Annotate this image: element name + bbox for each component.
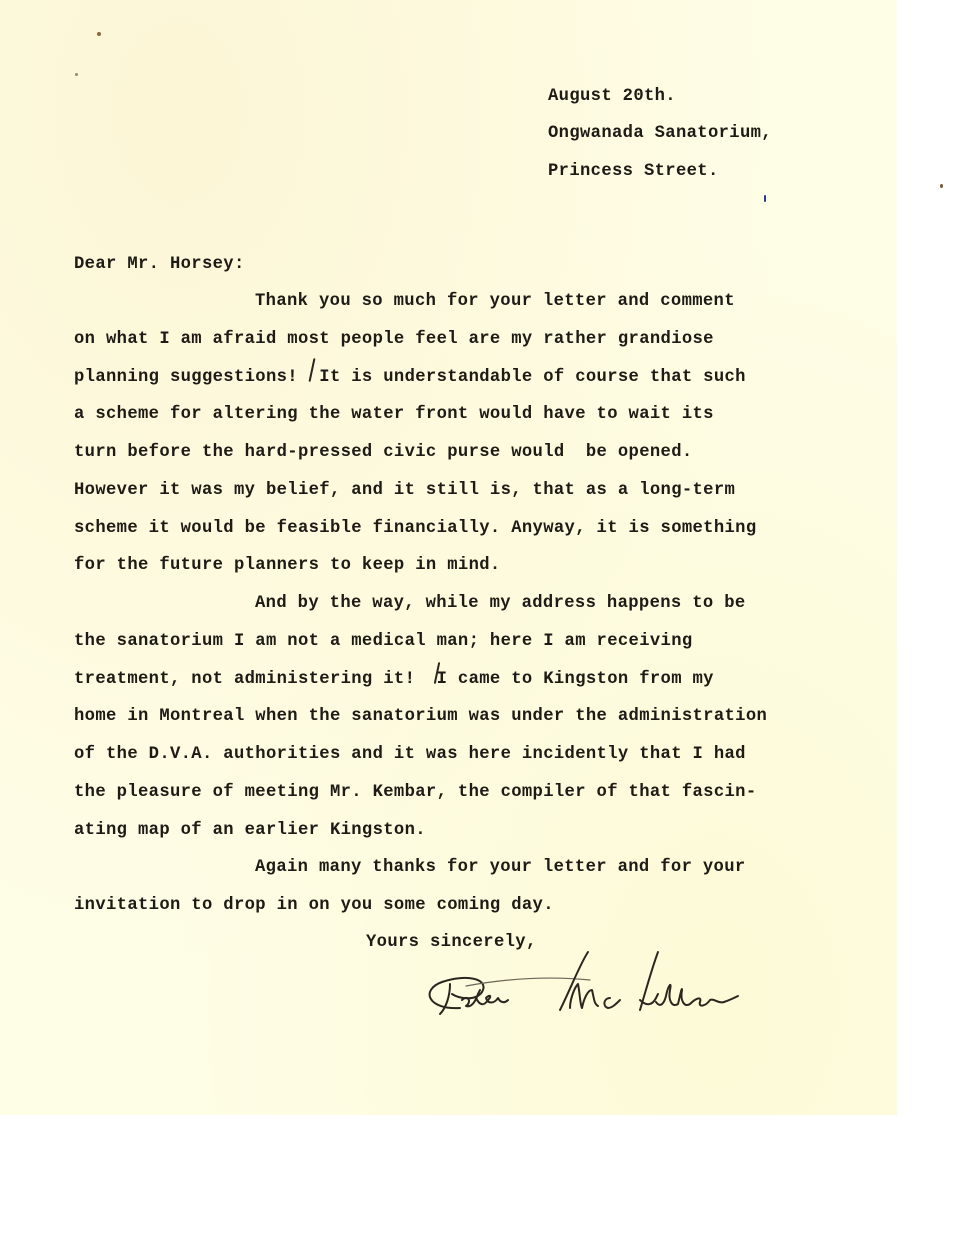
paragraph-1-line: Thank you so much for your letter and co…: [255, 293, 735, 310]
paragraph-1-line: for the future planners to keep in mind.: [74, 557, 501, 574]
paragraph-2-line: of the D.V.A. authorities and it was her…: [74, 746, 746, 763]
sender-address-line-1: Ongwanada Sanatorium,: [548, 125, 772, 142]
closing: Yours sincerely,: [366, 934, 537, 951]
paragraph-1-line: planning suggestions! It is understandab…: [74, 369, 746, 386]
paragraph-1-line: on what I am afraid most people feel are…: [74, 331, 714, 348]
paragraph-1-line: a scheme for altering the water front wo…: [74, 406, 714, 423]
paper-speck: [97, 32, 101, 36]
paragraph-1-line: scheme it would be feasible financially.…: [74, 520, 757, 537]
ink-mark: [764, 195, 766, 202]
paragraph-2-line: the sanatorium I am not a medical man; h…: [74, 633, 693, 650]
paragraph-1-line: However it was my belief, and it still i…: [74, 482, 735, 499]
paper-speck: [75, 73, 78, 76]
paragraph-2-line: home in Montreal when the sanatorium was…: [74, 708, 767, 725]
paragraph-3-line: Again many thanks for your letter and fo…: [255, 859, 746, 876]
sender-address-line-2: Princess Street.: [548, 163, 719, 180]
handwritten-signature: Peter McMillan: [420, 950, 740, 1030]
paragraph-2-line: treatment, not administering it! I came …: [74, 671, 714, 688]
paragraph-1-line: turn before the hard-pressed civic purse…: [74, 444, 693, 461]
letter-paper: August 20th. Ongwanada Sanatorium, Princ…: [0, 0, 897, 1115]
paragraph-3-line: invitation to drop in on you some coming…: [74, 897, 554, 914]
paragraph-2-line: And by the way, while my address happens…: [255, 595, 746, 612]
paragraph-2-line: the pleasure of meeting Mr. Kembar, the …: [74, 784, 757, 801]
paragraph-2-line: ating map of an earlier Kingston.: [74, 822, 426, 839]
scan-speck: [940, 184, 943, 188]
salutation: Dear Mr. Horsey:: [74, 256, 245, 273]
letter-date: August 20th.: [548, 88, 676, 105]
